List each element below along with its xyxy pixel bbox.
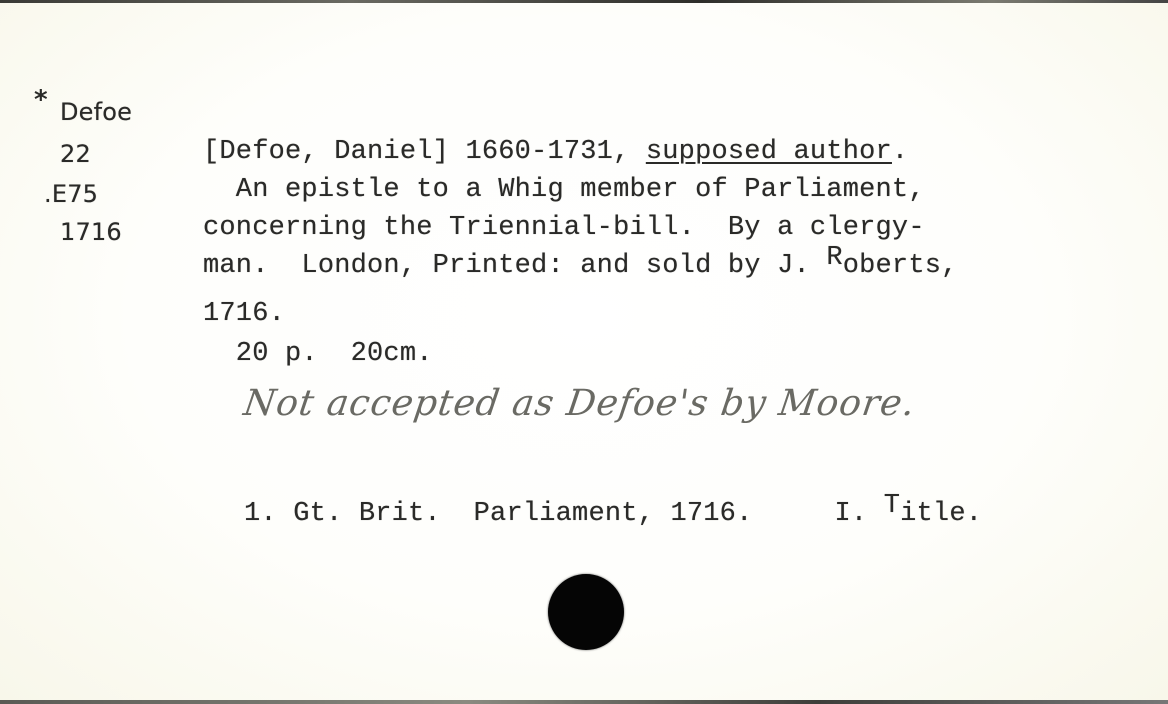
title-tracing-initial: T bbox=[884, 491, 900, 521]
date-line: 1716. bbox=[203, 299, 285, 329]
collation-line: 20 p. 20cm. bbox=[203, 339, 433, 369]
title-line-1: An epistle to a Whig member of Parliamen… bbox=[203, 175, 925, 205]
publisher-rest: oberts, bbox=[843, 251, 958, 281]
catalog-card: * Defoe 22 .E75 1716 [Defoe, Daniel] 166… bbox=[0, 3, 1168, 700]
title-line-2: concerning the Triennial-bill. By a cler… bbox=[203, 213, 925, 243]
title-tracing-prefix: I. bbox=[835, 499, 884, 529]
card-bottom-edge bbox=[0, 700, 1168, 704]
relator-term: supposed author bbox=[646, 137, 892, 167]
publisher-initial: R bbox=[826, 243, 842, 273]
subject-tracing: 1. Gt. Brit. Parliament, 1716. bbox=[244, 499, 752, 529]
author-heading: [Defoe, Daniel] 1660-1731, supposed auth… bbox=[203, 137, 908, 167]
call-number-line-1: Defoe bbox=[60, 97, 132, 127]
call-number-line-2: 22 bbox=[60, 139, 91, 169]
handwritten-note: Not accepted as Defoe's by Moore. bbox=[241, 383, 918, 424]
punch-hole bbox=[548, 574, 624, 650]
title-tracing-rest: itle. bbox=[900, 499, 982, 529]
tracings-line: 1. Gt. Brit. Parliament, 1716. I. Title. bbox=[244, 499, 982, 529]
asterisk-marker: * bbox=[34, 85, 48, 115]
call-number-line-4: 1716 bbox=[60, 217, 122, 247]
author-name: [Defoe, Daniel] 1660-1731, bbox=[203, 137, 646, 167]
imprint-text: man. London, Printed: and sold by J. bbox=[203, 251, 826, 281]
call-number-line-3: .E75 bbox=[44, 179, 98, 209]
title-line-3: man. London, Printed: and sold by J. Rob… bbox=[203, 251, 958, 281]
heading-period: . bbox=[892, 137, 908, 167]
